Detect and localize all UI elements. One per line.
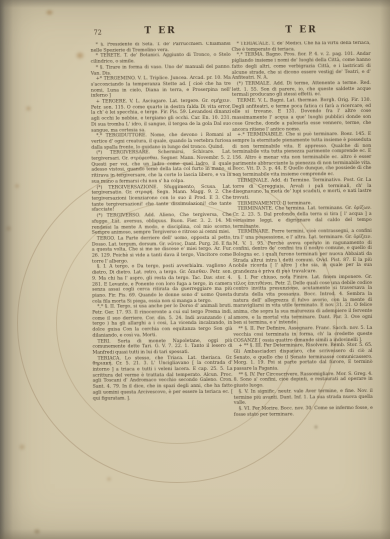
scanned-page: 72 T ER T ER * §. Presidente di Seta. T.…: [0, 0, 390, 539]
vignette-shadow: [0, 0, 390, 539]
